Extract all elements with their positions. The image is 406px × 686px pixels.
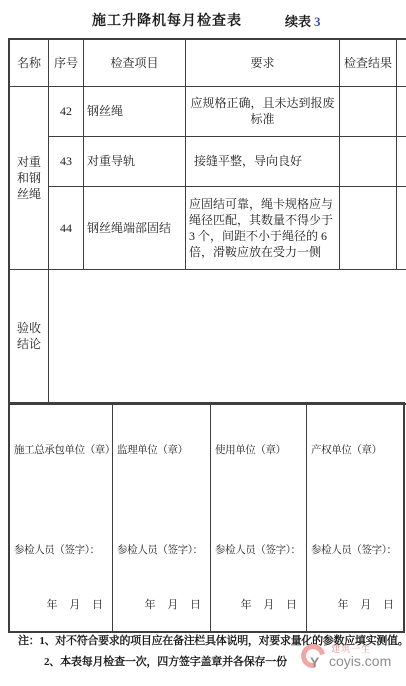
- signature-cell-user: 使用单位（章） 参检人员（签字）： 年 月 日: [211, 403, 307, 632]
- table-row: 43 对重导轨 接缝平整，导向良好: [9, 136, 406, 186]
- inspection-form-page: 施工升降机每月检查表 续表3 名称 序号 检查项目 要求 检查结果 备注 对重和…: [0, 0, 406, 686]
- conclusion-label: 验收结论: [9, 269, 49, 404]
- row-item: 钢丝绳端部固结: [84, 186, 186, 269]
- conclusion-row: 验收结论: [9, 269, 406, 404]
- unit-label: 使用单位（章）: [215, 442, 286, 457]
- row-item: 钢丝绳: [84, 86, 186, 136]
- row-result-cell: [340, 86, 397, 136]
- row-remark-cell: [397, 136, 406, 186]
- row-result-cell: [340, 186, 397, 269]
- row-remark-cell: [397, 186, 406, 269]
- table-header-row: 名称 序号 检查项目 要求 检查结果 备注: [9, 39, 406, 86]
- row-requirement: 接缝平整，导向良好: [186, 136, 340, 186]
- date-label: 年 月 日: [241, 596, 298, 612]
- row-result-cell: [340, 136, 397, 186]
- row-remark-cell: [397, 86, 406, 136]
- header-remark: 备注: [397, 39, 406, 86]
- signature-table: 施工总承包单位（章） 参检人员（签字）： 年 月 日 监理单位（章） 参检人员（…: [8, 402, 405, 633]
- signer-label: 参检人员（签字）：: [215, 542, 301, 557]
- header-serial: 序号: [49, 39, 84, 86]
- group-label: 对重和钢丝绳: [9, 86, 49, 269]
- subtitle-number: 3: [314, 14, 321, 29]
- row-requirement: 应固结可靠，绳卡规格应与绳径匹配，其数量不得少于 3 个，间距不小于绳径的 6 …: [186, 186, 340, 269]
- row-requirement: 应规格正确，且未达到报废标准: [186, 86, 340, 136]
- signature-cell-owner: 产权单位（章） 参检人员（签字）： 年 月 日: [307, 403, 405, 632]
- page-subtitle: 续表3: [285, 11, 321, 30]
- signer-label: 参检人员（签字）：: [117, 542, 203, 557]
- date-label: 年 月 日: [145, 596, 202, 612]
- unit-label: 监理单位（章）: [117, 442, 188, 457]
- table-row: 对重和钢丝绳 42 钢丝绳 应规格正确，且未达到报废标准: [9, 86, 406, 136]
- date-label: 年 月 日: [338, 596, 395, 612]
- unit-label: 产权单位（章）: [311, 442, 382, 457]
- watermark-domain: coyis.com: [329, 653, 391, 669]
- header-name: 名称: [9, 39, 49, 86]
- row-serial: 44: [49, 186, 84, 269]
- signature-row: 施工总承包单位（章） 参检人员（签字）： 年 月 日 监理单位（章） 参检人员（…: [9, 403, 404, 632]
- signer-label: 参检人员（签字）：: [14, 542, 100, 557]
- conclusion-area: [49, 269, 406, 404]
- header-result: 检查结果: [340, 39, 397, 86]
- table-row: 44 钢丝绳端部固结 应固结可靠，绳卡规格应与绳径匹配，其数量不得少于 3 个，…: [9, 186, 406, 269]
- page-title: 施工升降机每月检查表: [92, 10, 242, 30]
- signature-cell-supervisor: 监理单位（章） 参检人员（签字）： 年 月 日: [113, 403, 211, 632]
- inspection-table: 名称 序号 检查项目 要求 检查结果 备注 对重和钢丝绳 42 钢丝绳 应规格正…: [8, 38, 406, 405]
- row-serial: 42: [49, 86, 84, 136]
- row-item: 对重导轨: [84, 136, 186, 186]
- signer-label: 参检人员（签字）：: [311, 542, 397, 557]
- watermark: Y 建筑一生 coyis.com: [298, 641, 402, 677]
- header-requirement: 要求: [186, 39, 340, 86]
- unit-label: 施工总承包单位（章）: [14, 442, 115, 457]
- date-label: 年 月 日: [47, 596, 104, 612]
- row-serial: 43: [49, 136, 84, 186]
- header-check-item: 检查项目: [84, 39, 186, 86]
- coyis-logo-y: Y: [310, 654, 319, 670]
- signature-cell-contractor: 施工总承包单位（章） 参检人员（签字）： 年 月 日: [9, 403, 113, 632]
- title-row: 施工升降机每月检查表 续表3: [8, 10, 398, 30]
- subtitle-prefix: 续表: [285, 14, 311, 29]
